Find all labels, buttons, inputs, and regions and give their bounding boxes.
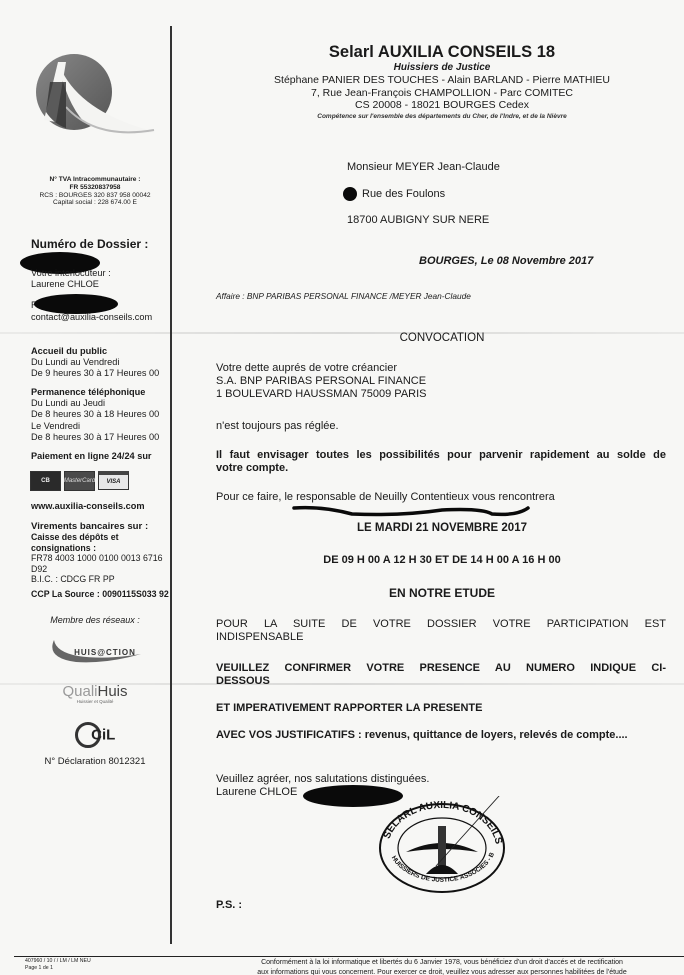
- mastercard-icon: MasterCard: [64, 471, 95, 491]
- permanence-days: Le Vendredi: [31, 421, 159, 432]
- permanence-days: Du Lundi au Jeudi: [31, 398, 159, 409]
- creditor-name: S.A. BNP PARIBAS PERSONAL FINANCE: [216, 375, 427, 388]
- firm-name: Selarl AUXILIA CONSEILS 18: [200, 42, 684, 62]
- firm-subtitle: Huissiers de Justice: [200, 62, 684, 74]
- payment-heading: Paiement en ligne 24/24 sur: [31, 451, 152, 462]
- justificatifs-label: AVEC VOS JUSTIFICATIFS :: [216, 729, 362, 741]
- official-stamp-icon: SELARL AUXILIA CONSEILS 18 HUISSIERS DE …: [376, 796, 508, 896]
- legal-line: aux informations qui vous concernent. Po…: [200, 968, 684, 975]
- accueil-days: Du Lundi au Vendredi: [31, 357, 159, 368]
- redaction-mark: [34, 294, 118, 314]
- redaction-mark: [343, 187, 357, 201]
- accueil-block: Accueil du public Du Lundi au Vendredi D…: [31, 346, 159, 380]
- justificatifs-list: revenus, quittance de loyers, relevés de…: [362, 729, 628, 741]
- confirm-line: DESSOUS: [216, 675, 666, 688]
- firm-competence: Compétence sur l'ensemble des départemen…: [200, 112, 684, 122]
- huisaction-label: HUIS@CTION: [74, 648, 136, 657]
- footer-ref: 407960 / 10 / / LM / LM NEU: [25, 958, 91, 965]
- meeting-date: LE MARDI 21 NOVEMBRE 2017: [200, 522, 684, 535]
- permanence-hours: De 8 heures 30 à 18 Heures 00: [31, 409, 159, 420]
- letterhead: Selarl AUXILIA CONSEILS 18 Huissiers de …: [200, 42, 684, 122]
- unpaid-statement: n'est toujours pas réglée.: [216, 420, 339, 433]
- bic: B.I.C. : CDCG FR PP: [31, 574, 166, 584]
- affaire-reference: Affaire : BNP PARIBAS PERSONAL FINANCE /…: [216, 291, 471, 301]
- recipient-name: Monsieur MEYER Jean-Claude: [347, 161, 500, 174]
- tva-label: N° TVA Intracommunautaire :: [50, 176, 141, 183]
- closing-salutation: Veuillez agréer, nos salutations disting…: [216, 773, 429, 786]
- legal-line: Conformément à la loi informatique et li…: [200, 958, 684, 968]
- visa-card-icon: VISA: [98, 471, 129, 490]
- bank-block: Virements bancaires sur : Caisse des dép…: [31, 522, 166, 584]
- networks-heading: Membre des réseaux :: [20, 615, 170, 625]
- declaration-number: N° Déclaration 8012321: [20, 756, 170, 767]
- qualihuis-label-b: Huis: [98, 683, 128, 700]
- ps-label: P.S. :: [216, 899, 242, 912]
- cil-logo: CiL: [20, 722, 170, 748]
- tax-info: N° TVA Intracommunautaire : FR 553208379…: [20, 176, 170, 207]
- meeting-hours: DE 09 H 00 A 12 H 30 ET DE 14 H 00 A 16 …: [200, 554, 684, 567]
- recipient-city: 18700 AUBIGNY SUR NERE: [347, 214, 489, 227]
- firm-address: CS 20008 - 18021 BOURGES Cedex: [200, 99, 684, 112]
- underline-scribble-icon: [292, 502, 532, 518]
- creditor-block: Votre dette auprés de votre créancier S.…: [216, 362, 427, 400]
- accueil-heading: Accueil du public: [31, 346, 159, 357]
- qualihuis-label-a: Quali: [62, 683, 97, 700]
- interlocutor-name: Laurene CHLOE: [31, 279, 152, 290]
- footer-reference: 407960 / 10 / / LM / LM NEU Page 1 de 1: [25, 958, 91, 971]
- dossier-heading: Numéro de Dossier :: [31, 237, 148, 251]
- ccp-account: CCP La Source : 0090115S033 92: [31, 589, 169, 600]
- permanence-hours: De 8 heures 30 à 17 Heures 00: [31, 432, 159, 443]
- permanence-heading: Permanence téléphonique: [31, 387, 159, 398]
- accueil-hours: De 9 heures 30 à 17 Heures 00: [31, 368, 159, 379]
- participation-paragraph: POUR LA SUITE DE VOTRE DOSSIER VOTRE PAR…: [216, 618, 666, 644]
- place-date: BOURGES, Le 08 Novembre 2017: [419, 255, 593, 268]
- iban: FR78 4003 1000 0100 0013 6716 D92: [31, 553, 166, 574]
- legal-notice: Conformément à la loi informatique et li…: [200, 958, 684, 975]
- firm-address: 7, Rue Jean-François CHAMPOLLION - Parc …: [200, 87, 684, 100]
- bank-name: Caisse des dépôts et consignations :: [31, 532, 146, 553]
- footer-divider: [14, 956, 684, 957]
- envisage-line: votre compte.: [216, 462, 666, 475]
- confirm-paragraph: VEUILLEZ CONFIRMER VOTRE PRESENCE AU NUM…: [216, 662, 666, 688]
- rcs-number: RCS : BOURGES 320 837 958 00042: [20, 192, 170, 200]
- page-number: Page 1 de 1: [25, 965, 91, 972]
- creditor-address: 1 BOULEVARD HAUSSMAN 75009 PARIS: [216, 388, 427, 401]
- column-divider: [170, 26, 172, 944]
- justificatifs-line: AVEC VOS JUSTIFICATIFS : revenus, quitta…: [216, 729, 628, 742]
- firm-partners: Stéphane PANIER DES TOUCHES - Alain BARL…: [200, 74, 684, 87]
- participation-line: INDISPENSABLE: [216, 631, 666, 644]
- bring-instruction: ET IMPERATIVEMENT RAPPORTER LA PRESENTE: [216, 702, 482, 715]
- confirm-line: VEUILLEZ CONFIRMER VOTRE PRESENCE AU NUM…: [216, 662, 666, 675]
- firm-logo-icon: [36, 52, 160, 144]
- qualihuis-logo: QualiHuis Huissier et Qualité: [20, 685, 170, 705]
- meeting-place: EN NOTRE ETUDE: [200, 587, 684, 600]
- qualihuis-subtitle: Huissier et Qualité: [20, 699, 170, 705]
- capital-social: Capital social : 228 674.00 E: [20, 199, 170, 207]
- virements-heading: Virements bancaires sur :: [31, 522, 166, 532]
- envisage-line: Il faut envisager toutes les possibilité…: [216, 449, 666, 462]
- cb-card-icon: CB: [30, 471, 61, 491]
- tva-number: FR 55320837958: [70, 184, 121, 191]
- recipient-street: Rue des Foulons: [362, 188, 445, 201]
- participation-line: POUR LA SUITE DE VOTRE DOSSIER VOTRE PAR…: [216, 618, 666, 631]
- envisage-paragraph: Il faut envisager toutes les possibilité…: [216, 449, 666, 475]
- website-link[interactable]: www.auxilia-conseils.com: [31, 501, 145, 512]
- interlocutor-label: Votre interlocuteur :: [31, 268, 152, 279]
- permanence-block: Permanence téléphonique Du Lundi au Jeud…: [31, 387, 159, 443]
- huisaction-logo: HUIS@CTION: [20, 638, 170, 666]
- cil-label: CiL: [91, 727, 115, 744]
- letter-title: CONVOCATION: [200, 332, 684, 345]
- payment-cards: CB MasterCard VISA: [30, 471, 129, 491]
- creditor-intro: Votre dette auprés de votre créancier: [216, 362, 427, 375]
